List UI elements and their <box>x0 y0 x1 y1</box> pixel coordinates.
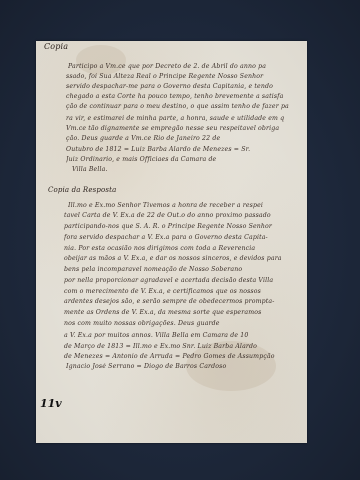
text-line: por nella proporcionar agradavel e acert… <box>64 277 298 285</box>
text-line: Participo a Vm.ce que por Decreto de 2. … <box>68 63 298 71</box>
text-line: obeijar as mãos a V. Ex.a, e dar os noss… <box>64 255 298 263</box>
text-line: de Março de 1813 = Ill.mo e Ex.mo Snr. L… <box>64 343 298 351</box>
text-line: ssado, foi Sua Alteza Real o Principe Re… <box>66 73 298 81</box>
text-line: nia. Por esta ocasião nos dirigimos com … <box>64 245 298 253</box>
text-line: bens pela incomparavel nomeação de Nosso… <box>64 266 298 274</box>
text-line: Outubro de 1812 = Luiz Barba Alardo de M… <box>66 146 298 154</box>
heading-copia: Copia <box>44 42 68 52</box>
text-line: Juiz Ordinario, e mais Officiaes da Cama… <box>66 156 298 164</box>
text-line: Vm.ce tão dignamente se empregão nesse s… <box>66 125 298 133</box>
text-line: Villa Bella. <box>72 166 192 174</box>
text-line: ção de continuar para o meu destino, o q… <box>66 103 298 111</box>
text-line: tavel Carta de V. Ex.a de 22 de Out.o do… <box>64 212 298 220</box>
text-line: Ignacio José Serrano = Diogo de Barros C… <box>66 363 266 371</box>
text-line: chegado a esta Corte ha pouco tempo, ten… <box>66 93 298 101</box>
manuscript-page <box>36 41 307 443</box>
text-line: a V. Ex.a por muitos annos. Villa Bella … <box>64 332 298 340</box>
text-line: Ill.mo e Ex.mo Senhor Tivemos a honra de… <box>68 202 298 210</box>
text-line: ardentes desejos são, e serão sempre de … <box>64 298 298 306</box>
heading-copia-resposta: Copia da Resposta <box>48 185 116 195</box>
text-line: participando-nos que S. A. R. o Principe… <box>64 223 298 231</box>
text-line: com o merecimento de V. Ex.a, e certific… <box>64 288 298 296</box>
folio-mark: 11v <box>40 398 56 410</box>
text-line: fora servido despachar a V. Ex.a para o … <box>64 234 298 242</box>
text-line: nos com muito nossas obrigações. Deus gu… <box>64 320 298 328</box>
text-line: servido despachar-me para o Governo dest… <box>66 83 298 91</box>
text-line: mente as Ordens de V. Ex.a, da mesma sor… <box>64 309 298 317</box>
text-line: ção. Deus guarde a Vm.ce Rio de Janeiro … <box>66 135 298 143</box>
text-line: ra vir, e estimarei de minha parte, a ho… <box>66 115 298 123</box>
text-line: de Menezes = Antonio de Arruda = Pedro G… <box>64 353 298 361</box>
